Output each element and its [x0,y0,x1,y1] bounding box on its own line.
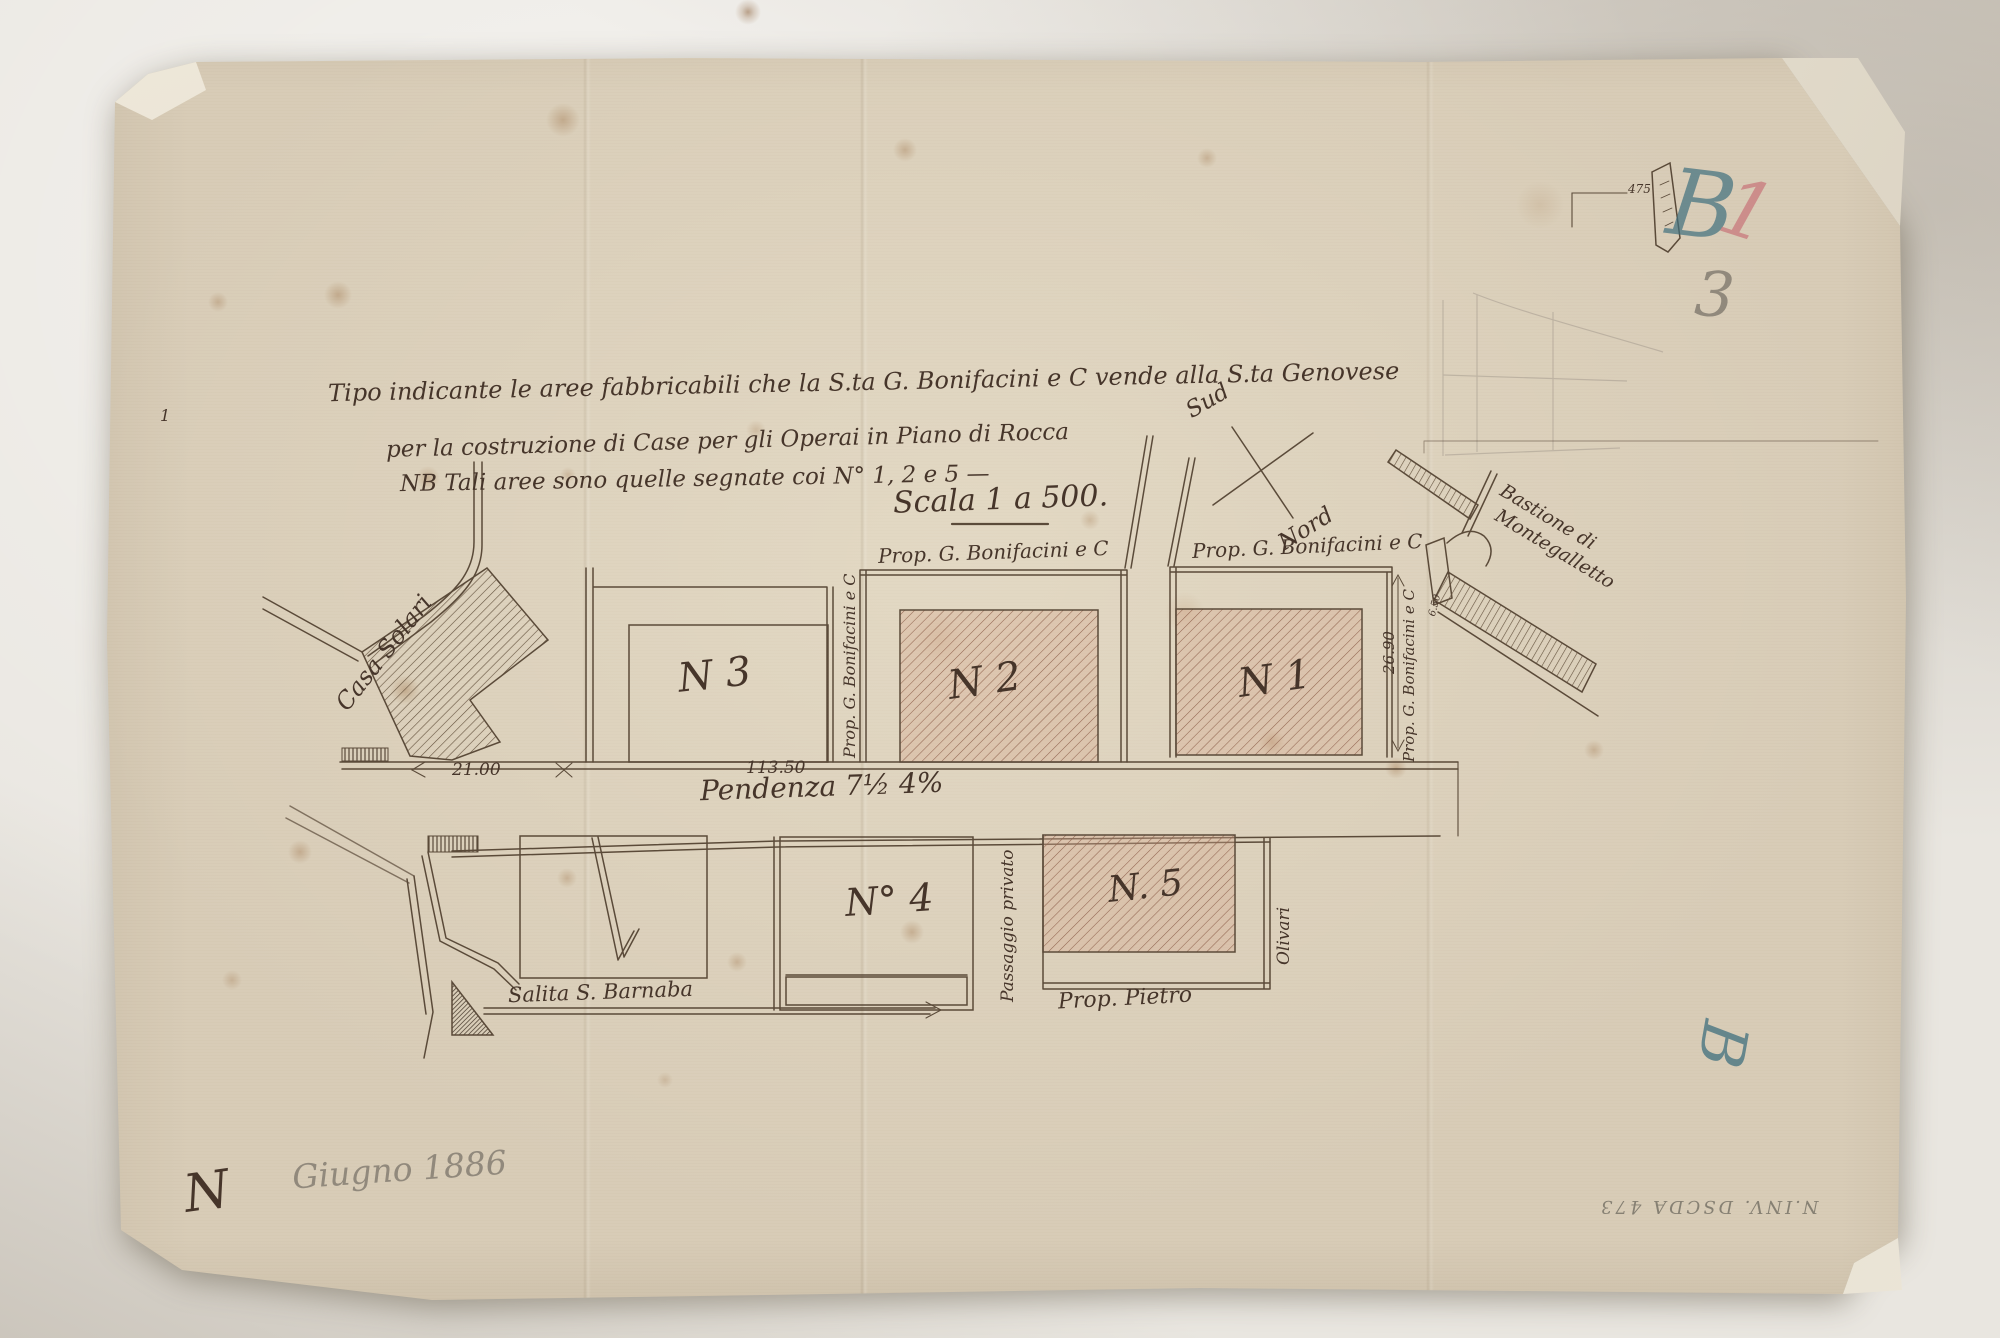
plot-n4-label: N° 4 [844,875,935,925]
margin-tick: 1 [160,406,170,425]
bastione-upper-band [1388,450,1478,519]
stairs-hatch-upper [342,748,388,761]
photograph-of-plan: Tipo indicante le aree fabbricabili che … [0,0,2000,1338]
plot-n3-label: N 3 [676,648,754,701]
olivari-label: Olivari [1274,907,1294,965]
archive-number-3-pencil: 3 [1693,257,1737,333]
road-salita [484,1008,935,1014]
ink-linework [263,163,1878,1058]
corner-ref-sketch [1572,193,1627,227]
flourish-n-mark: N [180,1159,233,1225]
measure-x-mark [556,763,572,777]
bastione-wall [1434,572,1596,692]
stairs-hatch-lower [428,836,478,852]
owner-label-right-of-n3: Prop. G. Bonifacini e C [840,574,859,759]
corner-ref-number: 475 [1628,182,1651,196]
plot-n5-label: N. 5 [1106,862,1185,911]
inventory-number: N.INV. DSCDA 473 [1598,1196,1819,1217]
owner-label-right-of-n1: Prop. G. Bonifacini e C [1400,589,1418,762]
plot-n4-boundary [780,837,973,1010]
measure-21: 21.00 [452,760,501,780]
pencil-sketch-lines [1443,293,1663,456]
scale-label: Scala 1 a 500. [892,478,1108,520]
measure-26-90: 26.90 [1380,631,1398,674]
compass-cross [1213,427,1313,518]
passaggio-label: Passaggio privato [998,850,1018,1003]
